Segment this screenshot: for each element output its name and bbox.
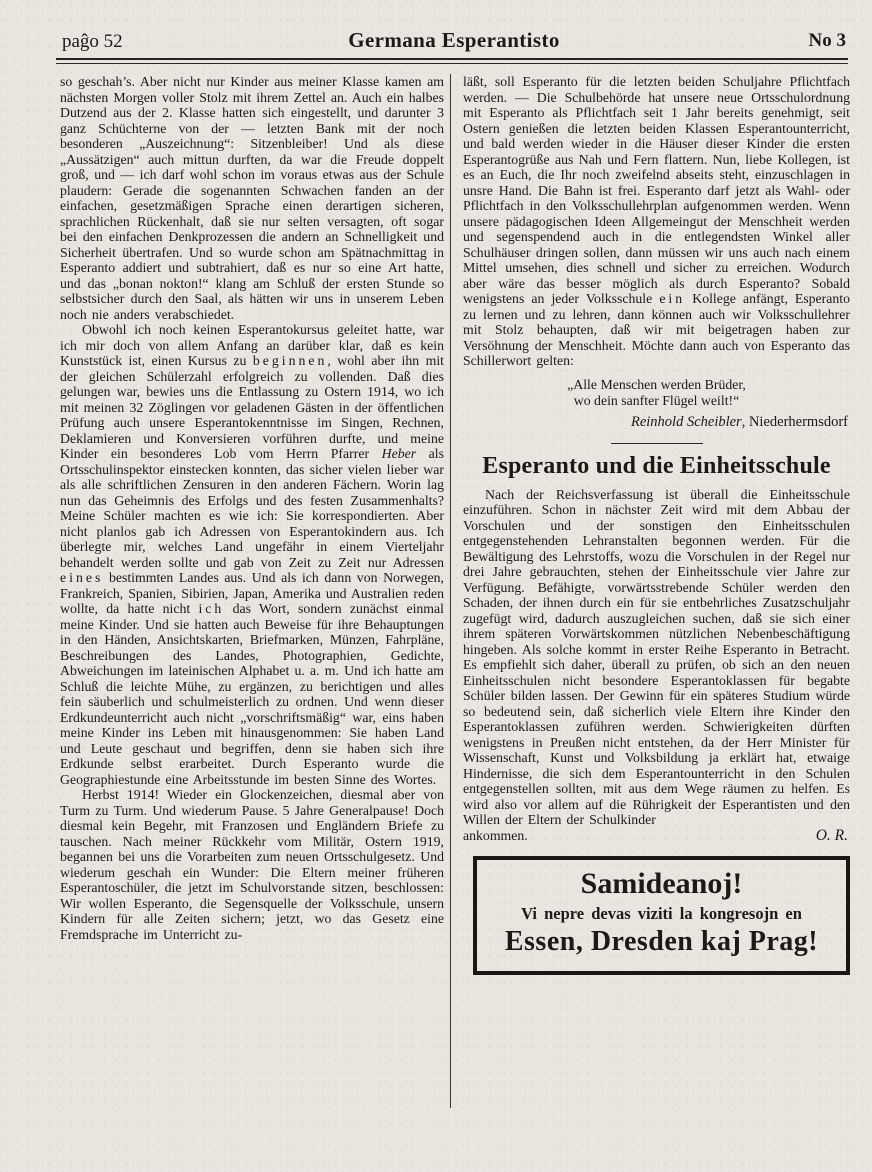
issue-number: No 3 — [809, 30, 846, 52]
schiller-quote: „Alle Menschen werden Brüder, wo dein sa… — [463, 377, 850, 409]
paragraph-text: als Ortsschulinspektor einstecken konnte… — [60, 446, 444, 570]
paragraph-text: , wohl aber ihn mit der gleichen Schüler… — [60, 353, 444, 461]
paragraph-text: läßt, soll Esperanto für die letzten bei… — [463, 74, 850, 306]
italic-name: Heber — [382, 446, 416, 461]
article1-paragraph: läßt, soll Esperanto für die letzten bei… — [463, 74, 850, 369]
quote-line-2: wo dein sanfter Flügel weilt!“ — [463, 393, 850, 409]
column-left: so geschah’s. Aber nicht nur Kinder aus … — [60, 74, 444, 1108]
page-header: paĝo 52 Germana Esperantisto No 3 — [60, 28, 848, 58]
signature-name: Reinhold Scheibler — [631, 414, 742, 430]
spaced-emphasis: ich — [198, 601, 224, 616]
paragraph-text: das Wort, sondern zunächst einmal meine … — [60, 601, 444, 787]
article2-closing-line: ankommen. O. R. — [463, 828, 850, 844]
ad-cities-line: Essen, Dresden kaj Prag! — [481, 926, 842, 958]
text-columns: so geschah’s. Aber nicht nur Kinder aus … — [60, 74, 850, 1108]
spaced-emphasis: eines — [60, 570, 103, 585]
article2-heading: Esperanto und die Einheitsschule — [463, 453, 850, 480]
header-rule — [56, 58, 848, 64]
spaced-emphasis: ein — [659, 291, 685, 306]
closing-word: ankommen. — [463, 828, 528, 844]
ad-subline: Vi nepre devas viziti la kongresojn en — [481, 904, 842, 924]
continuation-paragraph: so geschah’s. Aber nicht nur Kinder aus … — [60, 74, 444, 322]
kursus-paragraph: Obwohl ich noch keinen Esperantokursus g… — [60, 322, 444, 787]
journal-title: Germana Esperantisto — [60, 28, 848, 53]
quote-line-1: „Alle Menschen werden Brüder, — [463, 377, 850, 393]
author-signature: Reinhold Scheibler, Niederhermsdorf — [463, 414, 848, 431]
column-divider-rule — [450, 74, 451, 1108]
einheitsschule-paragraph: Nach der Reichsverfassung ist überall di… — [463, 487, 850, 828]
magazine-page: paĝo 52 Germana Esperantisto No 3 so ges… — [0, 0, 872, 1172]
signature-location: , Niederhermsdorf — [742, 414, 848, 430]
spaced-emphasis: beginnen — [253, 353, 328, 368]
author-initials: O. R. — [816, 828, 850, 844]
herbst-paragraph: Herbst 1914! Wieder ein Glockenzeichen, … — [60, 787, 444, 942]
ad-headline: Samideanoj! — [481, 867, 842, 901]
column-right: läßt, soll Esperanto für die letzten bei… — [463, 74, 850, 1108]
congress-ad-box: Samideanoj! Vi nepre devas viziti la kon… — [473, 856, 850, 975]
article-divider-rule — [611, 443, 703, 444]
